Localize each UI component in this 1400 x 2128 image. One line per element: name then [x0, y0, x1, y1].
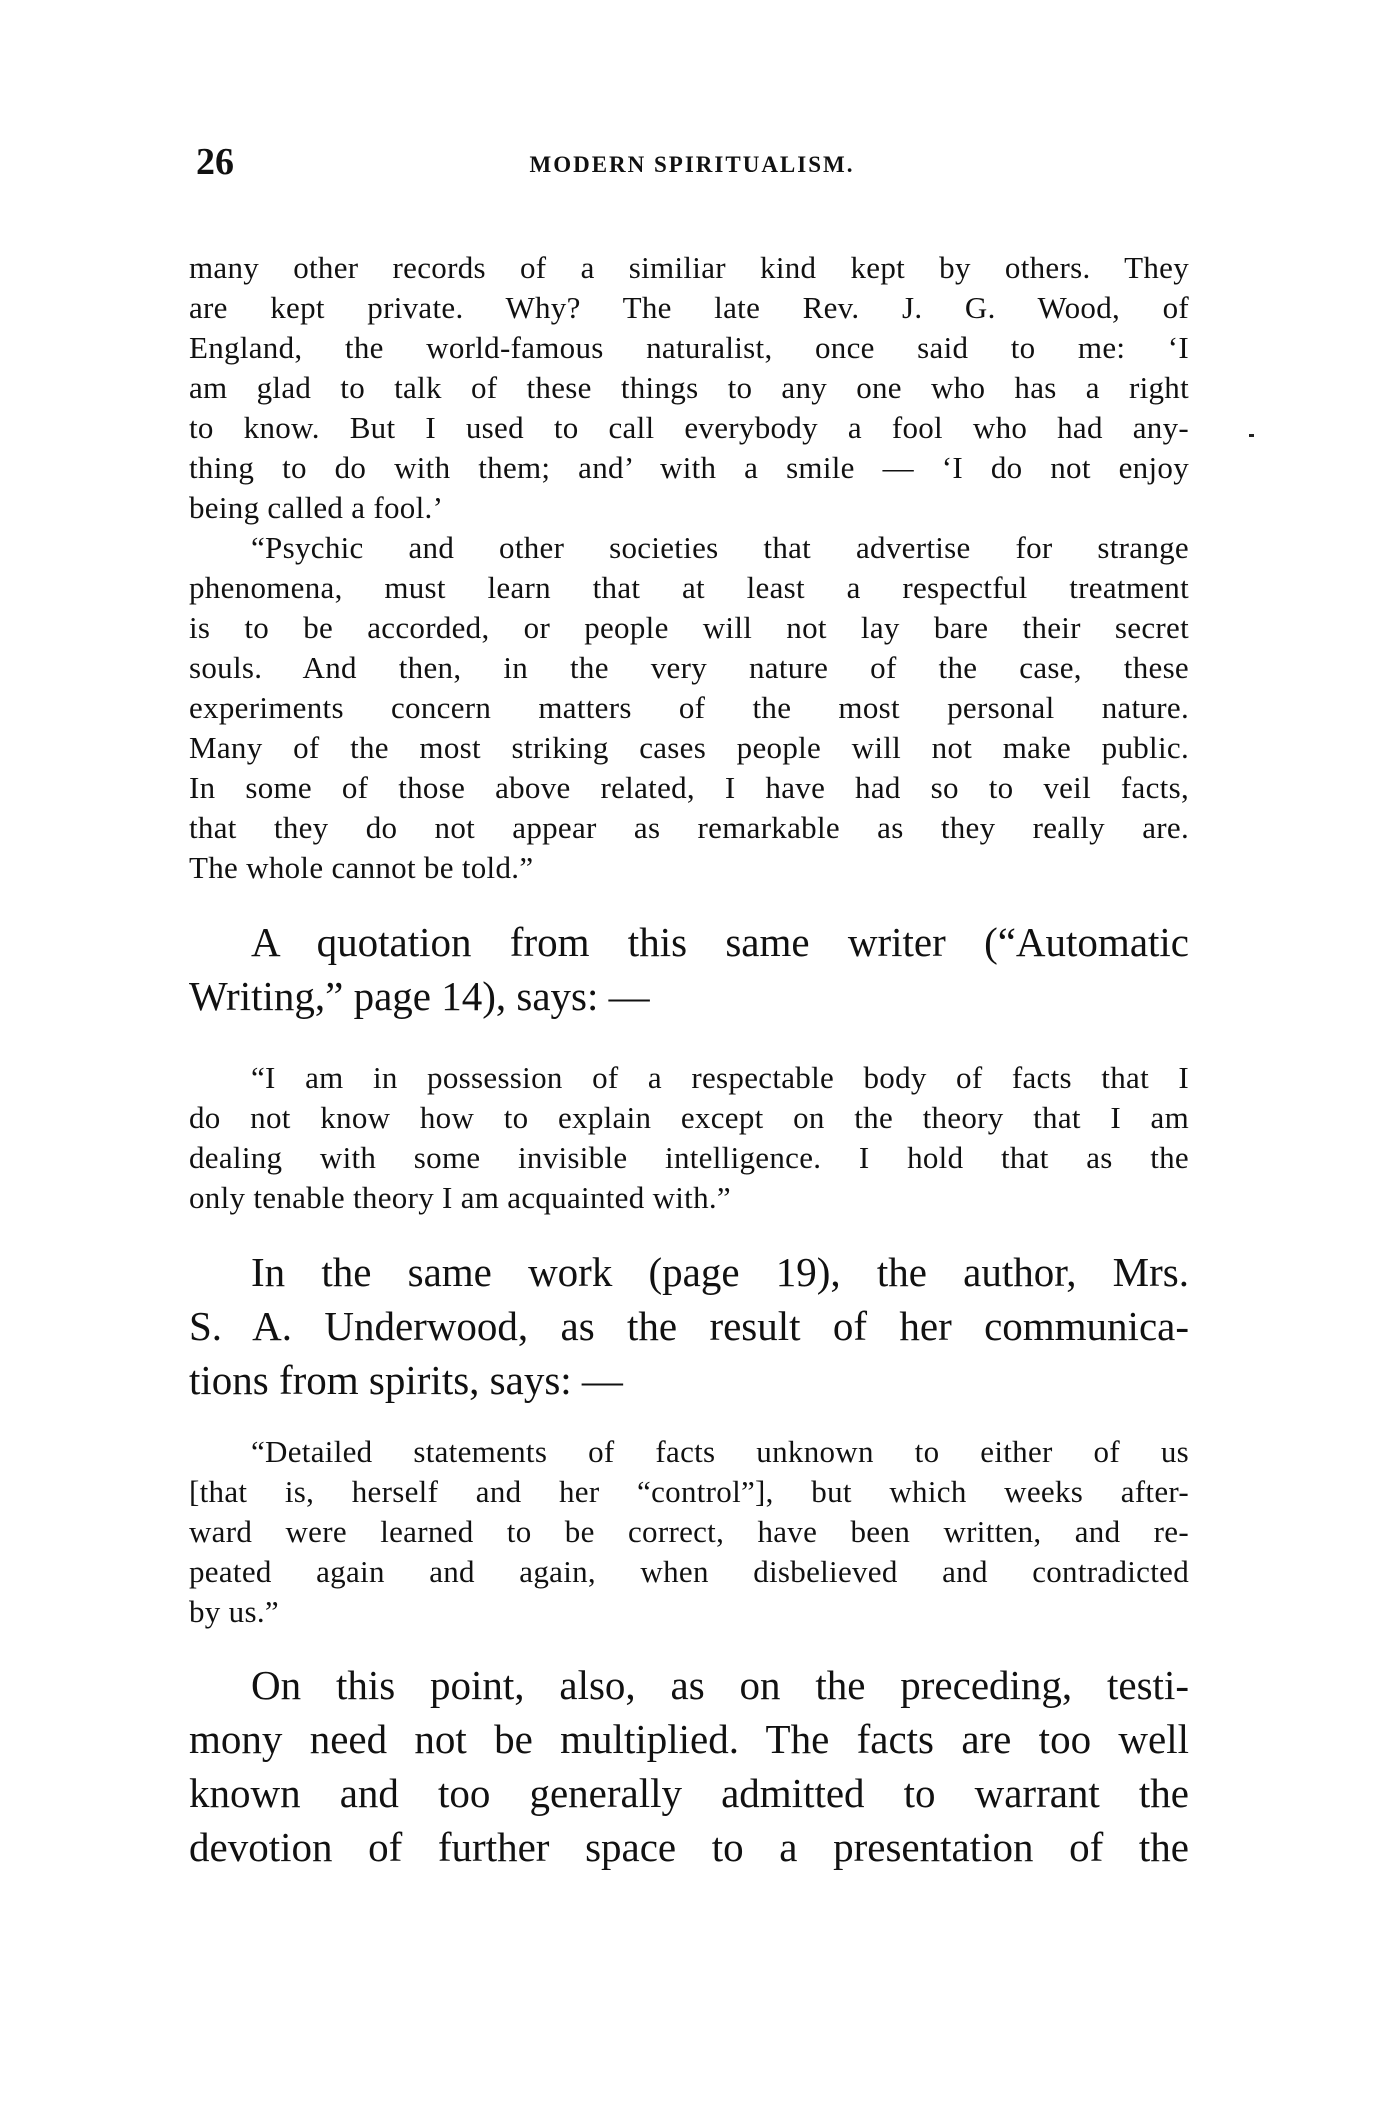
text-line: many other records of a similiar kind ke… — [189, 248, 1189, 288]
text-line: to know. But I used to call everybody a … — [189, 408, 1189, 448]
text-line: known and too generally admitted to warr… — [189, 1766, 1189, 1820]
text-line: In some of those above related, I have h… — [189, 768, 1189, 808]
text-line: peated again and again, when disbelieved… — [189, 1552, 1189, 1592]
text-line: In the same work (page 19), the author, … — [189, 1245, 1189, 1299]
text-line: Many of the most striking cases people w… — [189, 728, 1189, 768]
text-line: is to be accorded, or people will not la… — [189, 608, 1189, 648]
text-line: dealing with some invisible intelligence… — [189, 1138, 1189, 1178]
text-line: mony need not be multiplied. The facts a… — [189, 1712, 1189, 1766]
paragraph-quotation-intro: A quotation from this same writer (“Auto… — [189, 915, 1189, 1023]
text-line: are kept private. Why? The late Rev. J. … — [189, 288, 1189, 328]
text-line: “I am in possession of a respectable bod… — [189, 1058, 1189, 1098]
text-line: Writing,” page 14), says: — — [189, 969, 1189, 1023]
text-line: being called a fool.’ — [189, 488, 1189, 528]
text-line: On this point, also, as on the preceding… — [189, 1658, 1189, 1712]
paragraph-closing: On this point, also, as on the preceding… — [189, 1658, 1189, 1874]
text-line: by us.” — [189, 1592, 1189, 1632]
text-line: [that is, herself and her “control”], bu… — [189, 1472, 1189, 1512]
text-line: The whole cannot be told.” — [189, 848, 1189, 888]
running-title: MODERN SPIRITUALISM. — [192, 152, 1192, 178]
text-line: phenomena, must learn that at least a re… — [189, 568, 1189, 608]
scan-speck — [1249, 434, 1254, 437]
text-line: only tenable theory I am acquainted with… — [189, 1178, 1189, 1218]
text-line: S. A. Underwood, as the result of her co… — [189, 1299, 1189, 1353]
paragraph-psychic-societies: “Psychic and other societies that advert… — [189, 528, 1189, 888]
text-line: “Detailed statements of facts unknown to… — [189, 1432, 1189, 1472]
text-line: England, the world-famous naturalist, on… — [189, 328, 1189, 368]
text-line: souls. And then, in the very nature of t… — [189, 648, 1189, 688]
book-page: 26 MODERN SPIRITUALISM. many other recor… — [0, 0, 1400, 2128]
paragraph-underwood-intro: In the same work (page 19), the author, … — [189, 1245, 1189, 1407]
text-line: “Psychic and other societies that advert… — [189, 528, 1189, 568]
text-line: ward were learned to be correct, have be… — [189, 1512, 1189, 1552]
text-line: that they do not appear as remarkable as… — [189, 808, 1189, 848]
paragraph-wood-anecdote: many other records of a similiar kind ke… — [189, 248, 1189, 528]
text-line: devotion of further space to a presentat… — [189, 1820, 1189, 1874]
text-line: do not know how to explain except on the… — [189, 1098, 1189, 1138]
page-header: 26 MODERN SPIRITUALISM. — [192, 140, 1192, 190]
blockquote-automatic-writing: “I am in possession of a respectable bod… — [189, 1058, 1189, 1218]
text-line: A quotation from this same writer (“Auto… — [189, 915, 1189, 969]
text-line: thing to do with them; and’ with a smile… — [189, 448, 1189, 488]
text-line: am glad to talk of these things to any o… — [189, 368, 1189, 408]
text-line: tions from spirits, says: — — [189, 1353, 1189, 1407]
text-line: experiments concern matters of the most … — [189, 688, 1189, 728]
blockquote-detailed-statements: “Detailed statements of facts unknown to… — [189, 1432, 1189, 1632]
